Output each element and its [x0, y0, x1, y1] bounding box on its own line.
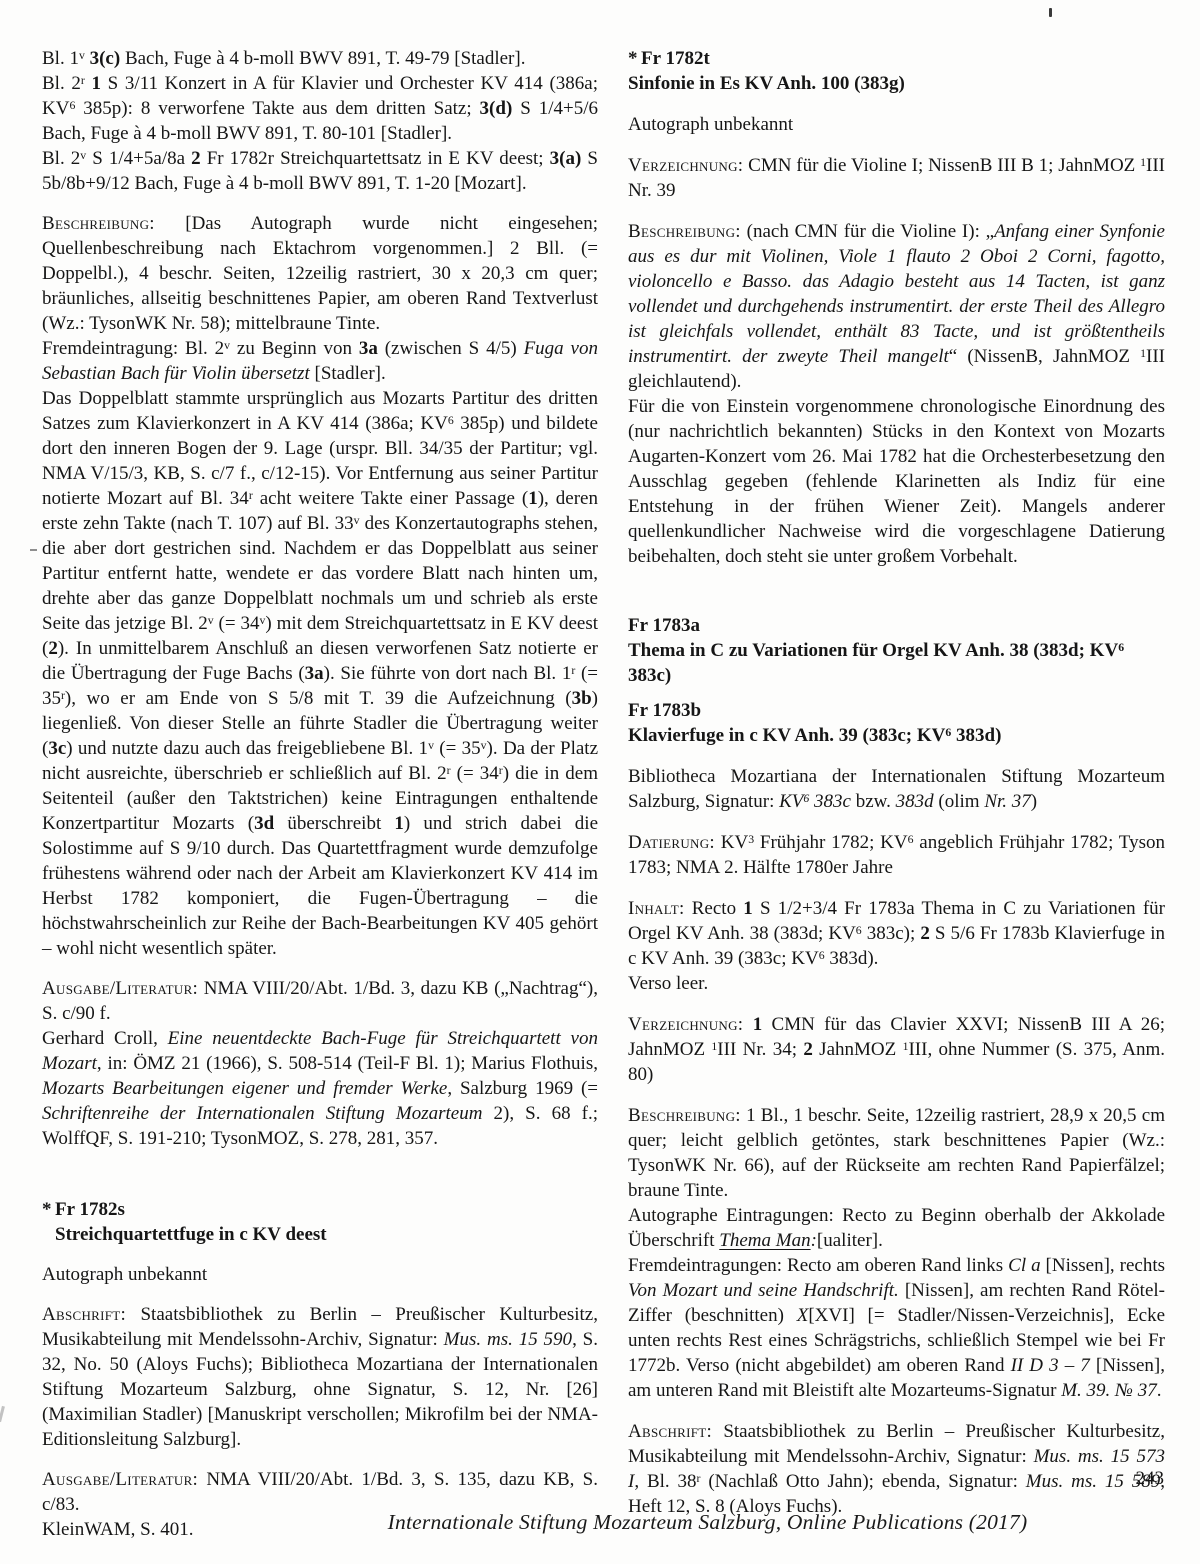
text-run: 3(c): [90, 48, 121, 69]
text-run: r: [81, 74, 85, 87]
text-run: r: [697, 1472, 701, 1485]
text-run: Sinfonie in Es KV Anh. 100 (383g): [628, 73, 905, 94]
text-run: 383c);: [862, 923, 921, 944]
autograph-note-fr1782s: Autograph unbekannt: [42, 1262, 598, 1287]
text-run: CMN für die Violine I; NissenB III B 1; …: [743, 155, 1140, 176]
asterisk-marker: *: [628, 46, 638, 71]
text-run: S 1/4+5a/8a: [86, 148, 191, 169]
text-run: .: [1157, 1380, 1162, 1401]
text-run: 3d: [254, 813, 274, 834]
text-run: (Nachlaß Otto Jahn); ebenda, Signatur:: [700, 1471, 1025, 1492]
text-run: 1: [711, 1040, 717, 1053]
text-run: Fremdeintragung: Bl. 2: [42, 338, 224, 359]
beschreibung-fr1782r: Beschreibung: [Das Autograph wurde nicht…: [42, 211, 598, 336]
text-run: [85, 73, 92, 94]
text-run: v: [481, 739, 487, 752]
text-run: ). Sie führte von dort nach Bl. 1: [324, 663, 572, 684]
text-run: Beschreibung:: [628, 221, 741, 242]
text-run: Autograph unbekannt: [628, 114, 793, 135]
right-column: *Fr 1782tSinfonie in Es KV Anh. 100 (383…: [628, 46, 1165, 1519]
text-run: KV: [779, 791, 803, 812]
entry-bl-2r: Bl. 2r 1 S 3/11 Konzert in A für Klavier…: [42, 71, 598, 146]
text-run: 6: [908, 833, 914, 846]
text-run: [Stadler].: [310, 363, 386, 384]
text-run: ), wo er am Ende von S 5/8 mit T. 39 die…: [65, 688, 572, 709]
text-run: (zwischen S 4/5): [378, 338, 524, 359]
text-run: 6: [448, 414, 454, 427]
text-run: Fr 1782t: [641, 48, 710, 69]
fremdeintragungen: Fremdeintragungen: Recto am oberen Rand …: [628, 1253, 1165, 1403]
text-run: 2: [48, 638, 58, 659]
text-run: acht weitere Takte einer Passage (: [253, 488, 529, 509]
text-run: (= 34: [214, 613, 260, 634]
text-run: X: [797, 1305, 809, 1326]
text-run: 6: [803, 792, 809, 805]
verzeichnung-fr1783: Verzeichnung: 1 CMN für das Clavier XXVI…: [628, 1012, 1165, 1087]
text-run: 6: [1118, 641, 1124, 654]
text-run: Fr 1782s: [55, 1199, 125, 1220]
text-run: 2: [191, 148, 201, 169]
text-run: Bl. 2: [42, 73, 81, 94]
text-run: Fr 1782r Streichquartettsatz in E KV dee…: [201, 148, 550, 169]
text-run: Recto: [685, 898, 744, 919]
datierung: Datierung: KV3 Frühjahr 1782; KV6 angebl…: [628, 830, 1165, 880]
text-run: r: [249, 489, 253, 502]
text-run: Datierung:: [628, 832, 715, 853]
text-run: 1: [92, 73, 102, 94]
text-run: Thema in C zu Variationen für Orgel KV A…: [628, 640, 1118, 661]
heading-fr1783a-number: Fr 1783a: [628, 613, 1165, 638]
text-run: Verzeichnung:: [628, 1014, 743, 1035]
heading-fr1782t-number: *Fr 1782t: [628, 46, 1165, 71]
text-run: Frühjahr 1782; KV: [754, 832, 907, 853]
scan-artifact-margin-dash: [30, 549, 37, 551]
text-run: II D 3 – 7: [1011, 1355, 1090, 1376]
heading-fr1783b-title: Klavierfuge in c KV Anh. 39 (383c; KV6 3…: [628, 723, 1165, 748]
asterisk-marker: *: [42, 1197, 52, 1222]
text-run: 1: [394, 813, 404, 834]
text-run: 6: [945, 726, 951, 739]
text-run: Fr 1783b: [628, 700, 701, 721]
text-run: 383d).: [825, 948, 879, 969]
text-run: 3c: [48, 738, 66, 759]
text-run: 6: [69, 99, 75, 112]
text-run: 3(a): [550, 148, 582, 169]
text-run: Verzeichnung:: [628, 155, 743, 176]
ausgabe-literatur-fr1782r: Ausgabe/Literatur: NMA VIII/20/Abt. 1/Bd…: [42, 976, 598, 1026]
text-run: 1: [903, 1040, 909, 1053]
text-run: (nach CMN für die Violine I): „: [741, 221, 994, 242]
kommentar-datierung-fr1782t: Für die von Einstein vorgenommene chrono…: [628, 394, 1165, 569]
text-run: M. 39. № 37: [1061, 1380, 1157, 1401]
beschreibung-fr1783: Beschreibung: 1 Bl., 1 beschr. Seite, 12…: [628, 1103, 1165, 1203]
text-run: 3a: [359, 338, 378, 359]
text-run: Beschreibung:: [628, 1105, 741, 1126]
text-run: Fr 1783a: [628, 615, 700, 636]
literatur-croll: Gerhard Croll, Eine neuentdeckte Bach-Fu…: [42, 1026, 598, 1151]
text-run: Bl. 1: [42, 48, 79, 69]
text-run: [743, 1014, 752, 1035]
text-run: v: [428, 739, 434, 752]
beschreibung-fr1782t: Beschreibung: (nach CMN für die Violine …: [628, 219, 1165, 394]
text-run: Klavierfuge in c KV Anh. 39 (383c; KV: [628, 725, 945, 746]
text-run: [Nissen], rechts: [1041, 1255, 1165, 1276]
footer-credit: Internationale Stiftung Mozarteum Salzbu…: [0, 1510, 1200, 1535]
text-run: überschreibt: [274, 813, 394, 834]
text-run: 3(d): [480, 98, 513, 119]
heading-fr1782t-title: Sinfonie in Es KV Anh. 100 (383g): [628, 71, 1165, 96]
abschrift-fr1782s: Abschrift: Staatsbibliothek zu Berlin – …: [42, 1302, 598, 1452]
text-run: 6: [856, 924, 862, 937]
text-run: v: [79, 49, 85, 62]
fremdeintragung: Fremdeintragung: Bl. 2v zu Beginn von 3a…: [42, 336, 598, 386]
text-run: , Salzburg 1969 (=: [447, 1078, 598, 1099]
text-run: (olim: [934, 791, 985, 812]
text-run: ): [1031, 791, 1037, 812]
text-run: , Bl. 38: [634, 1471, 696, 1492]
text-run: Mozarts Bearbeitungen eigener und fremde…: [42, 1078, 447, 1099]
page-number: 243: [1136, 1466, 1165, 1491]
heading-fr1782s-number: *Fr 1782s: [42, 1197, 598, 1222]
text-run: Inhalt:: [628, 898, 685, 919]
text-run: 2: [920, 923, 930, 944]
text-run: Cl a: [1008, 1255, 1040, 1276]
text-run: Fremdeintragungen: Recto am oberen Rand …: [628, 1255, 1008, 1276]
text-run: 1: [1140, 347, 1146, 360]
document-page: Bl. 1v 3(c) Bach, Fuge à 4 b-moll BWV 89…: [0, 0, 1200, 1564]
text-run: Mus. ms. 15 590: [444, 1329, 572, 1350]
text-run: v: [224, 339, 230, 352]
text-run: Ausgabe/Literatur:: [42, 1469, 198, 1490]
heading-fr1783a-title: Thema in C zu Variationen für Orgel KV A…: [628, 638, 1165, 688]
text-run: Schriftenreihe der Internationalen Stift…: [42, 1103, 482, 1124]
text-run: Ausgabe/Literatur:: [42, 978, 198, 999]
text-run: Bl. 2: [42, 148, 80, 169]
heading-fr1782s-title: Streichquartettfuge in c KV deest: [42, 1222, 598, 1247]
text-run: [ualiter].: [817, 1230, 883, 1251]
text-run: Abschrift:: [628, 1421, 712, 1442]
text-run: ) und nutzte dazu auch das freigeblieben…: [66, 738, 428, 759]
text-run: 6: [819, 949, 825, 962]
entry-bl-1v: Bl. 1v 3(c) Bach, Fuge à 4 b-moll BWV 89…: [42, 46, 598, 71]
text-run: 383c): [628, 665, 671, 686]
text-run: Abschrift:: [42, 1304, 126, 1325]
text-run: 383d: [896, 791, 934, 812]
verzeichnung-fr1782t: Verzeichnung: CMN für die Violine I; Nis…: [628, 153, 1165, 203]
scan-artifact-speck: [1049, 8, 1052, 17]
text-run: Bach, Fuge à 4 b-moll BWV 891, T. 49-79 …: [120, 48, 525, 69]
text-run: 1: [528, 488, 538, 509]
text-run: Autographe Eintragungen: Recto zu Beginn…: [628, 1205, 1165, 1251]
abschrift-fr1783: Abschrift: Staatsbibliothek zu Berlin – …: [628, 1419, 1165, 1519]
text-run: JahnMOZ: [813, 1039, 903, 1060]
heading-fr1783b-number: Fr 1783b: [628, 698, 1165, 723]
text-run: 2: [803, 1039, 813, 1060]
text-run: III Nr. 34;: [717, 1039, 803, 1060]
text-run: 1: [743, 898, 753, 919]
text-run: 385p): 8 verworfene Takte aus dem dritte…: [75, 98, 479, 119]
autograph-note-fr1782t: Autograph unbekannt: [628, 112, 1165, 137]
text-run: (= 34: [451, 763, 499, 784]
text-run: v: [354, 514, 360, 527]
standort-bibliotheca: Bibliotheca Mozartiana der International…: [628, 764, 1165, 814]
verso-leer: Verso leer.: [628, 971, 1165, 996]
text-run: Verso leer.: [628, 973, 708, 994]
text-run: v: [208, 614, 214, 627]
text-run: 383c: [809, 791, 851, 812]
text-run: Nr. 37: [984, 791, 1030, 812]
text-run: 1: [1140, 156, 1146, 169]
text-run: v: [260, 614, 266, 627]
text-run: 3a: [305, 663, 324, 684]
inhalt: Inhalt: Recto 1 S 1/2+3/4 Fr 1783a Thema…: [628, 896, 1165, 971]
text-run: KV: [715, 832, 748, 853]
text-run: Von Mozart und seine Handschrift.: [628, 1280, 899, 1301]
text-run: v: [80, 149, 86, 162]
text-run: r: [571, 664, 575, 677]
autographe-eintragungen: Autographe Eintragungen: Recto zu Beginn…: [628, 1203, 1165, 1253]
text-run: Thema Man: [719, 1230, 810, 1251]
text-run: 1: [753, 1014, 763, 1035]
text-run: Für die von Einstein vorgenommene chrono…: [628, 396, 1165, 567]
kommentar-doppelblatt: Das Doppelblatt stammte ursprünglich aus…: [42, 386, 598, 961]
text-run: r: [61, 689, 65, 702]
text-run: Streichquartettfuge in c KV deest: [55, 1224, 327, 1245]
scan-artifact-edge-mark: [0, 1406, 5, 1422]
text-run: r: [499, 764, 503, 777]
text-run: 3: [748, 833, 754, 846]
text-run: “ (NissenB, JahnMOZ: [949, 346, 1140, 367]
text-run: (= 35: [434, 738, 481, 759]
text-run: zu Beginn von: [230, 338, 359, 359]
text-run: 3b: [572, 688, 592, 709]
text-run: , in: ÖMZ 21 (1966), S. 508-514 (Teil-F …: [97, 1053, 598, 1074]
left-column: Bl. 1v 3(c) Bach, Fuge à 4 b-moll BWV 89…: [42, 46, 598, 1542]
text-run: 383d): [951, 725, 1001, 746]
text-run: bzw.: [851, 791, 896, 812]
text-run: r: [447, 764, 451, 777]
text-run: ) und strich dabei die Solostimme auf S …: [42, 813, 598, 959]
text-run: Beschreibung:: [42, 213, 155, 234]
text-run: Gerhard Croll,: [42, 1028, 168, 1049]
text-run: Autograph unbekannt: [42, 1264, 207, 1285]
entry-bl-2v: Bl. 2v S 1/4+5a/8a 2 Fr 1782r Streichqua…: [42, 146, 598, 196]
